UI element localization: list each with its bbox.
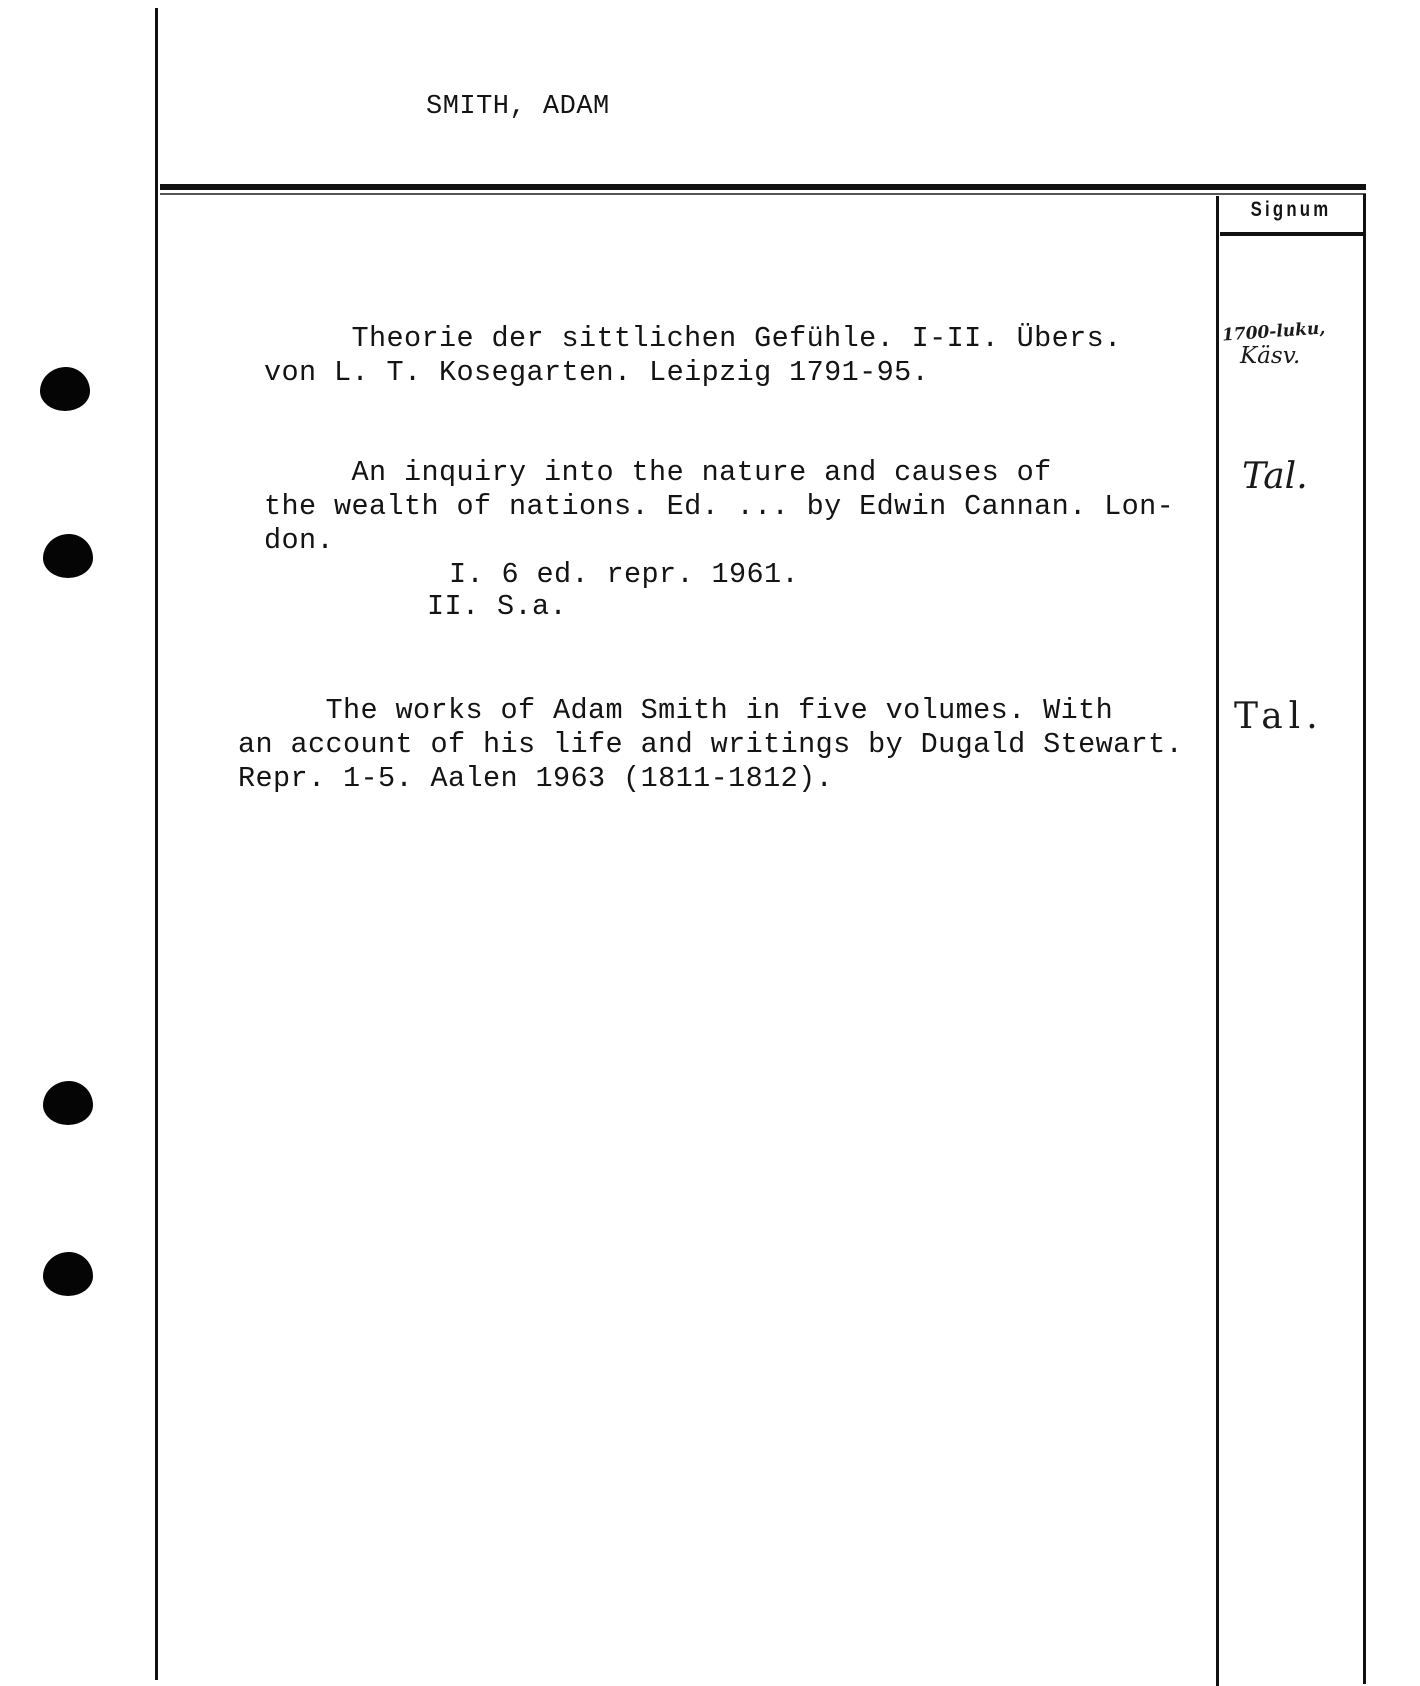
punch-hole — [43, 1252, 93, 1296]
punch-hole — [40, 367, 90, 411]
entry-text-line: Repr. 1-5. Aalen 1963 (1811-1812). — [238, 762, 833, 796]
entry-text-line: Theorie der sittlichen Gefühle. I-II. Üb… — [264, 322, 1122, 356]
signum-column-left-border — [1216, 196, 1219, 1686]
signum-handwritten: Tal. — [1234, 696, 1324, 737]
entry-text-line: von L. T. Kosegarten. Leipzig 1791-95. — [264, 356, 929, 390]
entry-text-line: The works of Adam Smith in five volumes.… — [238, 694, 1113, 728]
entry-text-line: I. 6 ed. repr. 1961. — [449, 558, 799, 592]
punch-hole — [43, 534, 93, 578]
punch-hole — [43, 1081, 93, 1125]
entry-text-line: an account of his life and writings by D… — [238, 728, 1183, 762]
signum-handwritten: Käsv. — [1240, 343, 1300, 369]
card-heading-author: SMITH, ADAM — [426, 92, 610, 122]
header-rule-thin — [160, 193, 1366, 195]
signum-handwritten: 1700-luku, — [1221, 318, 1325, 345]
entry-text-line: the wealth of nations. Ed. ... by Edwin … — [264, 490, 1174, 524]
entry-text-line: don. — [264, 524, 334, 558]
entry-text-line: II. S.a. — [427, 590, 567, 624]
signum-header-rule — [1220, 232, 1365, 236]
header-rule-thick — [160, 184, 1366, 190]
entry-text-line: An inquiry into the nature and causes of — [264, 456, 1052, 490]
signum-handwritten: Tal. — [1242, 456, 1308, 497]
card-left-border — [155, 8, 158, 1680]
signum-column-header: Signum — [1232, 198, 1350, 222]
signum-column-right-border — [1363, 194, 1366, 1684]
